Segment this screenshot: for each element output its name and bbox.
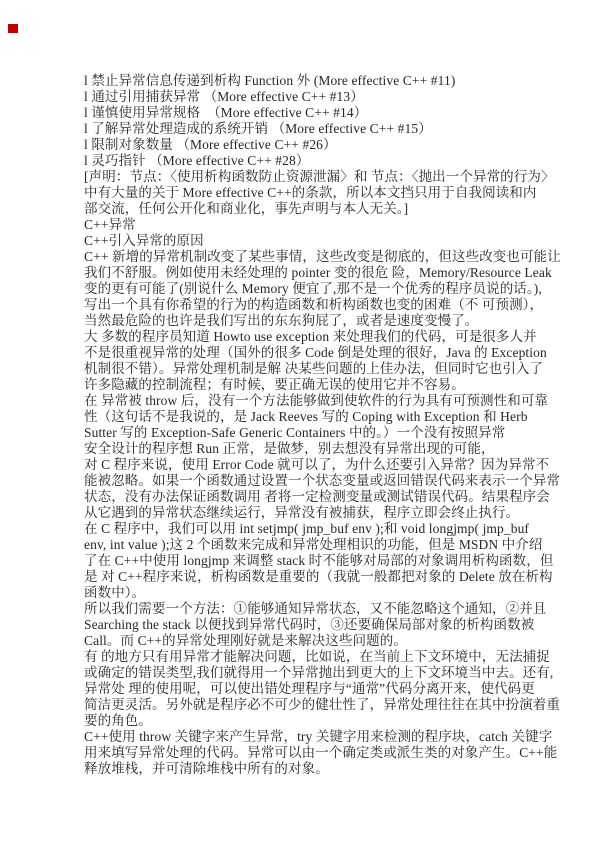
text-line: 从它遇到的异常状态继续运行，异常没有被捕获，程序立即会终止执行。 [84, 505, 528, 521]
text-line: l 了解异常处理造成的系统开销 （More effective C++ #15） [84, 121, 528, 137]
text-line: C++异常 [84, 217, 528, 233]
document-page: l 禁止异常信息传递到析构 Function 外 (More effective… [0, 0, 600, 851]
text-line: C++使用 throw 关键字来产生异常，try 关键字用来检测的程序块，cat… [84, 729, 528, 745]
text-line: 状态，没有办法保证函数调用 者将一定检测变量或测试错误代码。结果程序会 [84, 489, 528, 505]
text-line: 能被忽略。如果一个函数通过设置一个状态变量或返回错误代码来表示一个异常 [84, 473, 528, 489]
text-line: 函数中）。 [84, 585, 528, 601]
text-line: 安全设计的程序想 Run 正常，是做梦，别去想没有异常出现的可能， [84, 441, 528, 457]
text-line: [声明：节点：〈使用析构函数防止资源泄漏〉和 节点：〈抛出一个异常的行为〉 [84, 169, 528, 185]
text-line: 异常处 理的使用呢，可以使出错处理程序与“通常”代码分离开来，使代码更 [84, 681, 528, 697]
text-line: C++ 新增的异常机制改变了某些事情，这些改变是彻底的，但这些改变也可能让 [84, 249, 528, 265]
document-text: l 禁止异常信息传递到析构 Function 外 (More effective… [84, 73, 528, 777]
text-line: 不是很重视异常的处理（国外的很多 Code 倒是处理的很好，Java 的 Exc… [84, 345, 528, 361]
text-line: Call。而 C++的异常处理刚好就是来解决这些问题的。 [84, 633, 528, 649]
text-line: l 通过引用捕获异常 （More effective C++ #13） [84, 89, 528, 105]
text-line: 用来填写异常处理的代码。异常可以由一个确定类或派生类的对象产生。C++能 [84, 745, 528, 761]
text-line: 机制很不错）。异常处理机制是解 决某些问题的上佳办法，但同时它也引入了 [84, 361, 528, 377]
text-line: C++引入异常的原因 [84, 233, 528, 249]
text-line: Sutter 写的 Exception-Safe Generic Contain… [84, 425, 528, 441]
text-line: l 谨慎使用异常规格 （More effective C++ #14） [84, 105, 528, 121]
text-line: 简洁更灵活。另外就是程序必不可少的健壮性了，异常处理往往在其中扮演着重 [84, 697, 528, 713]
text-line: 我们不舒服。例如使用未经处理的 pointer 变的很危 险，Memory/Re… [84, 265, 528, 281]
text-line: 是 对 C++程序来说，析构函数是重要的（我就一般都把对象的 Delete 放在… [84, 569, 528, 585]
text-line: l 禁止异常信息传递到析构 Function 外 (More effective… [84, 73, 528, 89]
text-line: 性（这句话不是我说的，是 Jack Reeves 写的 Coping with … [84, 409, 528, 425]
text-line: 当然最危险的也许是我们写出的东东狗屁了，或者是速度变慢了。 [84, 313, 528, 329]
text-line: 在 异常被 throw 后，没有一个方法能够做到使软件的行为具有可预测性和可靠 [84, 393, 528, 409]
red-marker-icon [8, 24, 18, 33]
text-line: 变的更有可能了(别说什么 Memory 便宜了,那不是一个优秀的程序员说的话。)… [84, 281, 528, 297]
text-line: 中有大量的关于 More effective C++的条款，所以本文挡只用于自我… [84, 185, 528, 201]
text-line: 或确定的错误类型,我们就得用一个异常抛出到更大的上下文环境当中去。还有, [84, 665, 528, 681]
text-line: 释放堆栈，并可清除堆栈中所有的对象。 [84, 761, 528, 777]
text-line: 有 的地方只有用异常才能解决问题，比如说，在当前上下文环境中，无法捕捉 [84, 649, 528, 665]
text-line: 许多隐藏的控制流程；有时候，要正确无误的使用它并不容易。 [84, 377, 528, 393]
text-line: 要的角色。 [84, 713, 528, 729]
text-line: env, int value );这 2 个函数来完成和异常处理相识的功能，但是… [84, 537, 528, 553]
text-line: 了在 C++中使用 longjmp 来调整 stack 时不能够对局部的对象调用… [84, 553, 528, 569]
text-line: 部交流，任何公开化和商业化，事先声明与本人无关。] [84, 201, 528, 217]
text-line: 对 C 程序来说，使用 Error Code 就可以了，为什么还要引入异常？因为… [84, 457, 528, 473]
text-line: 写出一个具有你希望的行为的构造函数和析构函数也变的困难（不 可预测）， [84, 297, 528, 313]
text-line: 在 C 程序中，我们可以用 int setjmp( jmp_buf env );… [84, 521, 528, 537]
text-line: 所以我们需要一个方法：①能够通知异常状态，又不能忽略这个通知，②并且 [84, 601, 528, 617]
text-line: 大 多数的程序员知道 Howto use exception 来处理我们的代码，… [84, 329, 528, 345]
text-line: l 限制对象数量 （More effective C++ #26） [84, 137, 528, 153]
text-line: l 灵巧指针 （More effective C++ #28） [84, 153, 528, 169]
text-line: Searching the stack 以便找到异常代码时，③还要确保局部对象的… [84, 617, 528, 633]
